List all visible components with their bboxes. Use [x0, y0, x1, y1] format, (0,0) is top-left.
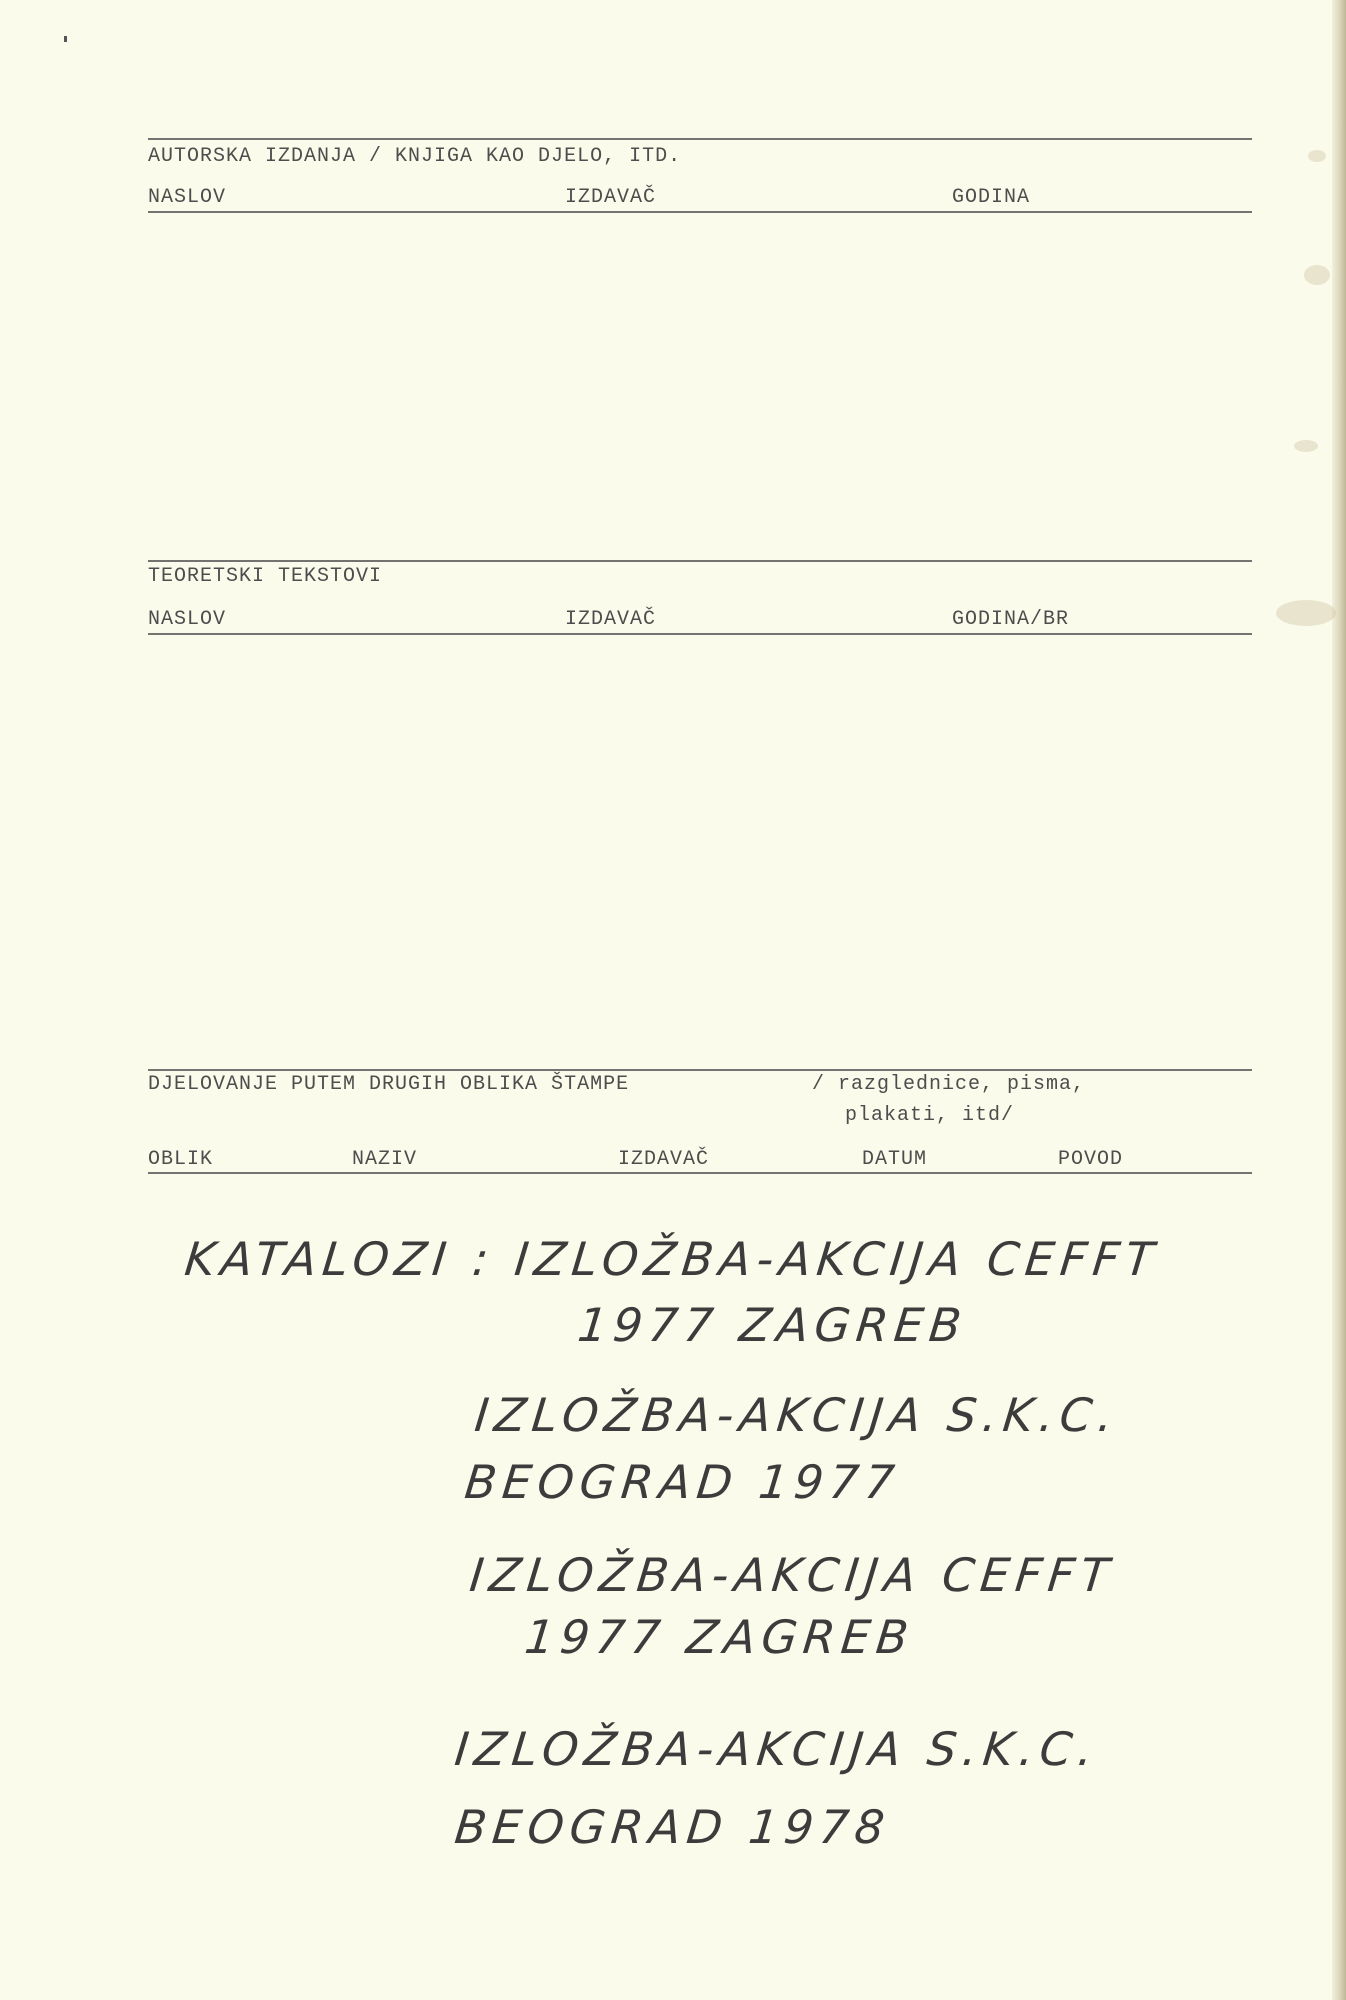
column-header-naslov: NASLOV [148, 608, 226, 631]
header-bottom-rule [148, 1172, 1252, 1174]
section-top-rule [148, 560, 1252, 562]
section-title-suffix: / razglednice, pisma, [812, 1073, 1085, 1096]
column-header-oblik: OBLIK [148, 1148, 213, 1171]
column-header-godina: GODINA [952, 186, 1030, 209]
header-bottom-rule [148, 211, 1252, 213]
paper-stain [1308, 150, 1326, 162]
section-title: TEORETSKI TEKSTOVI [148, 565, 382, 588]
section-title: DJELOVANJE PUTEM DRUGIH OBLIKA ŠTAMPE [148, 1073, 629, 1096]
handwritten-line: 1977 ZAGREB [522, 1610, 917, 1664]
column-header-naslov: NASLOV [148, 186, 226, 209]
paper-stain [1304, 265, 1330, 285]
column-header-godina-br: GODINA/BR [952, 608, 1069, 631]
column-header-naziv: NAZIV [352, 1148, 417, 1171]
handwritten-line: IZLOŽBA-AKCIJA S.K.C. [472, 1388, 1121, 1442]
column-header-izdavac: IZDAVAČ [565, 186, 656, 209]
header-bottom-rule [148, 633, 1252, 635]
column-header-izdavac: IZDAVAČ [618, 1148, 709, 1171]
handwritten-line: BEOGRAD 1977 [462, 1455, 903, 1509]
section-top-rule [148, 138, 1252, 140]
handwritten-line: 1977 ZAGREB [575, 1298, 970, 1352]
column-header-izdavac: IZDAVAČ [565, 608, 656, 631]
handwritten-line: IZLOŽBA-AKCIJA CEFFT [467, 1548, 1117, 1602]
handwritten-line: IZLOŽBA-AKCIJA S.K.C. [452, 1722, 1101, 1776]
column-header-povod: POVOD [1058, 1148, 1123, 1171]
section-top-rule [148, 1069, 1252, 1071]
handwritten-line: BEOGRAD 1978 [452, 1800, 893, 1854]
paper-stain [1294, 440, 1318, 452]
section-title: AUTORSKA IZDANJA / KNJIGA KAO DJELO, ITD… [148, 145, 681, 168]
column-header-datum: DATUM [862, 1148, 927, 1171]
handwritten-line: KATALOZI : IZLOŽBA-AKCIJA CEFFT [182, 1232, 1162, 1286]
section-title-suffix-line2: plakati, itd/ [845, 1104, 1014, 1127]
page-edge [1332, 0, 1346, 2000]
paper-stain [1276, 600, 1336, 626]
ink-speck [64, 36, 67, 42]
